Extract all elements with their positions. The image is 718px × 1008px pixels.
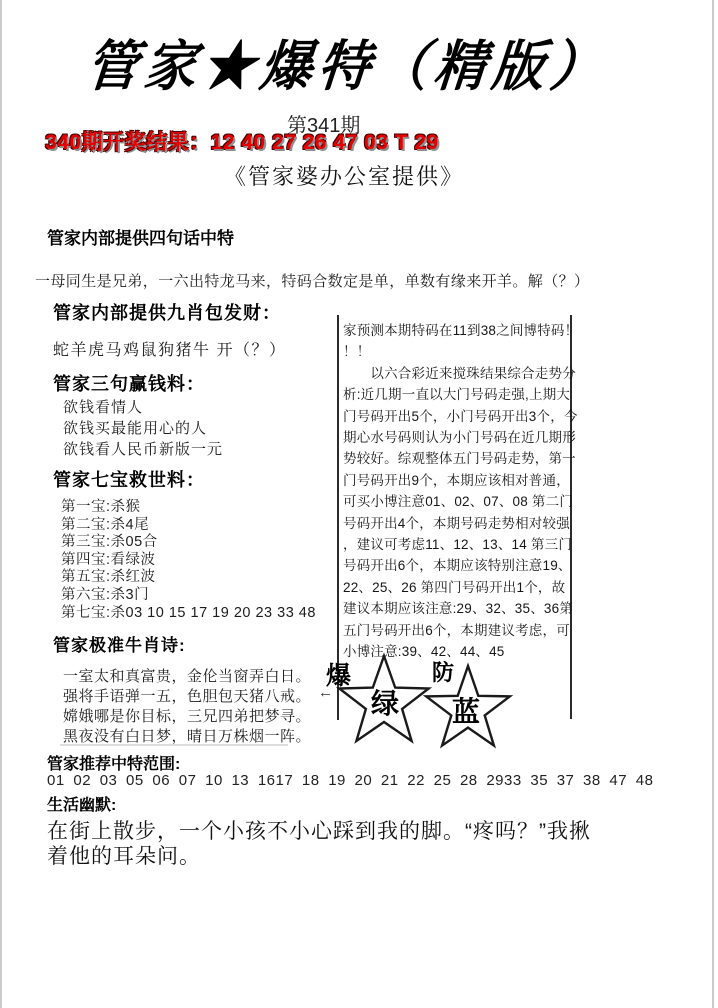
analysis-line: 五门号码开出6个，本期建议考虑，可 <box>343 620 578 641</box>
list-item: 第三宝:杀05合 <box>61 534 316 552</box>
analysis-line: ！！ <box>343 341 578 362</box>
list-item: 第一宝:杀猴 <box>61 499 316 517</box>
heading-three-money: 管家三句赢钱料： <box>53 370 205 396</box>
page-edge-left <box>0 0 2 1008</box>
poem-line: 一室太和真富贵，金伦当窗弄白日。 <box>63 667 311 687</box>
three-money-list: 欲钱看情人 欲钱买最能用心的人 欲钱看人民币新版一元 <box>63 397 223 460</box>
heading-humor: 生活幽默: <box>47 792 116 815</box>
heading-ox-poem: 管家极准牛肖诗: <box>53 631 186 656</box>
faint-divider <box>60 744 288 746</box>
analysis-line: 析:近几期一直以大门号码走强,上期大 <box>343 384 578 405</box>
analysis-line: 号码开出6个，本期应该特别注意19、 <box>343 555 578 576</box>
ox-poem: 一室太和真富贵，金伦当窗弄白日。 强将手语弹一五，色胆包天猪八戒。 嫦娥哪是你目… <box>63 667 311 747</box>
analysis-line: 可买小博注意01、02、07、08 第二门 <box>343 491 578 512</box>
analysis-line: 家预测本期特码在11到38之间博特码！ <box>343 320 578 341</box>
analysis-line: 门号码开出5个，小门号码开出3个，今 <box>343 406 578 427</box>
page-title: 管家★爆特（精版） <box>83 22 612 101</box>
heading-four-talks: 管家内部提供四句话中特 <box>47 224 234 249</box>
nine-zodiac-text: 蛇羊虎马鸡鼠狗猪牛 开（？） <box>53 337 286 360</box>
heading-range: 管家推荐中特范围: <box>47 751 180 774</box>
list-item: 第五宝:杀红波 <box>61 569 316 587</box>
analysis-line: 门号码开出9个，本期应该相对普通， <box>343 470 578 491</box>
seven-treasures-list: 第一宝:杀猴 第二宝:杀4尾 第三宝:杀05合 第四宝:看绿波 第五宝:杀红波 … <box>61 499 316 622</box>
green-star-label: 绿 <box>371 682 399 722</box>
analysis-line: ，建议可考虑11、12、13、14 第三门 <box>343 534 578 555</box>
guard-label: 防 <box>432 656 454 687</box>
list-item: 欲钱看人民币新版一元 <box>63 439 223 460</box>
burst-label: 爆 <box>326 656 351 692</box>
provider-line: 《管家婆办公室提供》 <box>224 160 464 191</box>
analysis-line: 以六合彩近来搅珠结果综合走势分 <box>343 363 578 384</box>
analysis-line: 建议本期应该注意:29、32、35、36第 <box>343 598 578 619</box>
list-item: 第六宝:杀3门 <box>61 587 316 605</box>
list-item: 欲钱看情人 <box>63 397 223 418</box>
analysis-line: 号码开出4个，本期号码走势相对较强 <box>343 513 578 534</box>
last-draw-result: 340期开奖结果：12 40 27 26 47 03 T 29 <box>45 126 439 156</box>
list-item: 第七宝:杀03 10 15 17 19 20 23 33 48 <box>61 605 316 623</box>
list-item: 欲钱买最能用心的人 <box>63 418 223 439</box>
blue-star-label: 蓝 <box>452 690 480 730</box>
page-edge-right <box>712 0 714 1008</box>
analysis-line: 期心水号码则认为小门号码在近几期形 <box>343 427 578 448</box>
poem-line: 强将手语弹一五，色胆包天猪八戒。 <box>63 687 311 707</box>
heading-seven-treasures: 管家七宝救世料： <box>53 466 205 492</box>
lottery-tip-sheet: 管家★爆特（精版） 第341期 340期开奖结果：12 40 27 26 47 … <box>0 0 718 1008</box>
poem-line: 嫦娥哪是你目标，三兄四弟把梦寻。 <box>63 707 311 727</box>
list-item: 第二宝:杀4尾 <box>61 517 316 535</box>
list-item: 第四宝:看绿波 <box>61 552 316 570</box>
analysis-line: 22、25、26 第四门号码开出1个，故 <box>343 577 578 598</box>
heading-nine-zodiac: 管家内部提供九肖包发财： <box>53 299 281 325</box>
range-numbers: 01 02 03 05 06 07 10 13 1617 18 19 20 21… <box>47 772 653 789</box>
humor-line: 着他的耳朵问。 <box>47 840 201 870</box>
analysis-box: 家预测本期特码在11到38之间博特码！ ！！ 以六合彩近来搅珠结果综合走势分 析… <box>343 320 578 663</box>
analysis-line: 势较好。综观整体五门号码走势，第一 <box>343 448 578 469</box>
four-talks-text: 一母同生是兄弟，一六出特龙马来，特码合数定是单，单数有缘来开羊。解（？） <box>35 270 589 291</box>
